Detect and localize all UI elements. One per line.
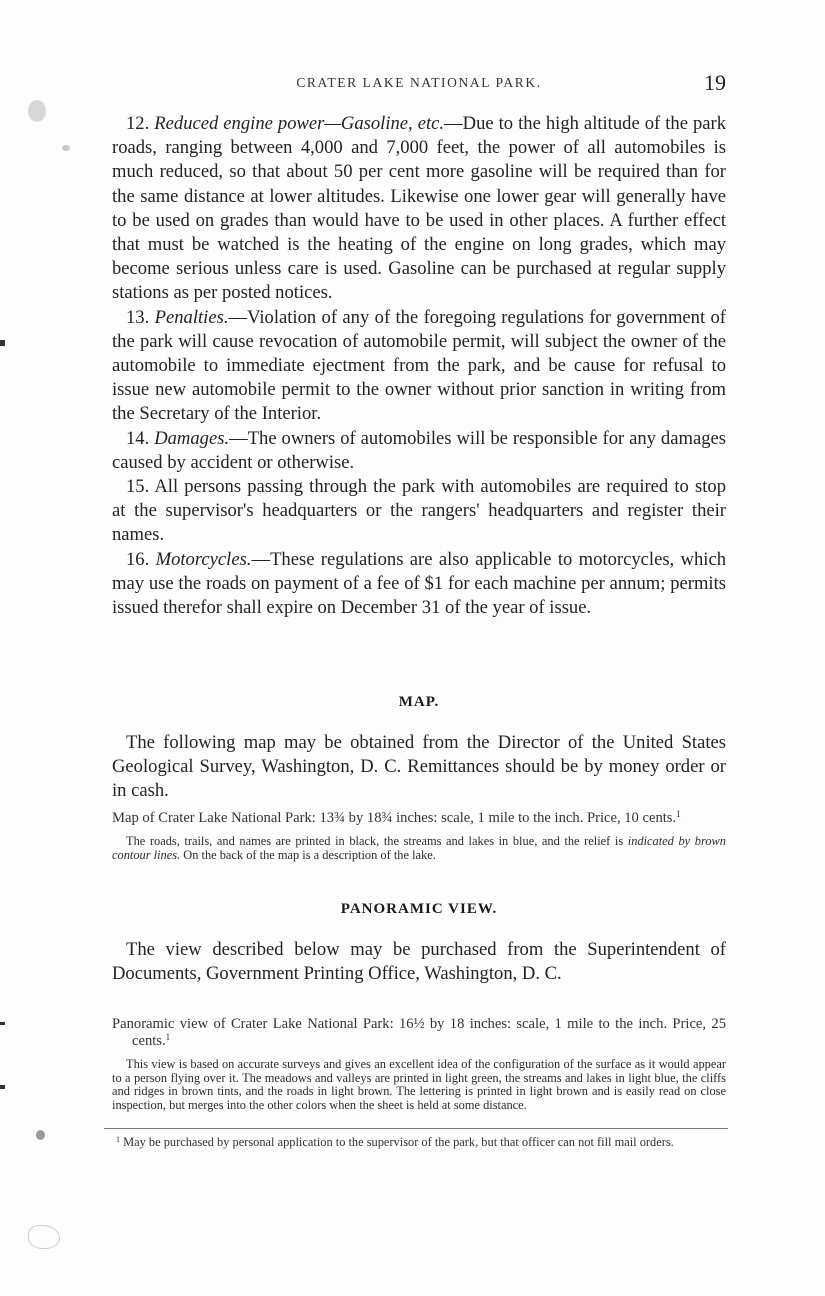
regulation-14: 14. Damages.—The owners of automobiles w… <box>112 427 726 475</box>
scan-edge-mark <box>0 1085 5 1089</box>
panorama-intro-paragraph: The view described below may be purchase… <box>112 938 726 986</box>
regulation-text: —Due to the high altitude of the park ro… <box>112 113 726 303</box>
map-note-text: The roads, trails, and names are printed… <box>126 834 628 848</box>
scan-blemish <box>28 1225 60 1249</box>
regulation-text: All persons passing through the park wit… <box>112 476 726 545</box>
footnote-ref: 1 <box>166 1032 171 1042</box>
regulation-number: 14. <box>126 428 149 449</box>
regulation-13: 13. Penalties.—Violation of any of the f… <box>112 306 726 427</box>
map-note: The roads, trails, and names are printed… <box>112 835 726 862</box>
scan-blemish <box>36 1130 45 1140</box>
regulation-16: 16. Motorcycles.—These regulations are a… <box>112 548 726 621</box>
map-note-tail: On the back of the map is a description … <box>180 848 436 862</box>
panorama-intro: The view described below may be purchase… <box>112 938 726 986</box>
regulation-title: Motorcycles. <box>156 549 252 570</box>
panorama-entry: Panoramic view of Crater Lake National P… <box>112 1016 726 1050</box>
footnote: 1 May be purchased by personal applicati… <box>104 1135 728 1150</box>
running-title: CRATER LAKE NATIONAL PARK. <box>112 75 726 91</box>
map-intro: The following map may be obtained from t… <box>112 731 726 804</box>
footnote-text: May be purchased by personal application… <box>123 1135 674 1149</box>
panorama-listing: Panoramic view of Crater Lake National P… <box>112 1016 726 1112</box>
footnote-ref: 1 <box>676 809 681 819</box>
regulations-section: 12. Reduced engine power—Gasoline, etc.—… <box>112 112 726 620</box>
regulation-15: 15. All persons passing through the park… <box>112 475 726 548</box>
scan-blemish <box>62 145 70 151</box>
regulation-12: 12. Reduced engine power—Gasoline, etc.—… <box>112 112 726 306</box>
regulation-number: 13. <box>126 307 149 328</box>
section-heading-map: MAP. <box>112 694 726 711</box>
map-intro-paragraph: The following map may be obtained from t… <box>112 731 726 804</box>
map-entry: Map of Crater Lake National Park: 13¾ by… <box>112 810 726 827</box>
footnote-paragraph: 1 May be purchased by personal applicati… <box>104 1135 728 1150</box>
page-number: 19 <box>704 70 726 96</box>
document-page: CRATER LAKE NATIONAL PARK. 19 12. Reduce… <box>0 0 825 1296</box>
section-heading-panoramic-view: PANORAMIC VIEW. <box>112 901 726 918</box>
running-head: CRATER LAKE NATIONAL PARK. 19 <box>112 70 726 96</box>
panorama-entry-text: Panoramic view of Crater Lake National P… <box>112 1016 726 1049</box>
regulation-title: Reduced engine power—Gasoline, etc. <box>154 113 444 134</box>
regulation-title: Damages. <box>154 428 229 449</box>
panorama-note: This view is based on accurate surveys a… <box>112 1058 726 1112</box>
regulation-number: 12. <box>126 113 149 134</box>
scan-blemish <box>28 100 46 122</box>
scan-edge-mark <box>0 1022 5 1025</box>
map-listing: Map of Crater Lake National Park: 13¾ by… <box>112 810 726 862</box>
regulation-number: 16. <box>126 549 149 570</box>
scan-edge-mark <box>0 340 5 346</box>
regulation-number: 15. <box>126 476 149 497</box>
footnote-divider <box>104 1128 728 1129</box>
footnote-marker: 1 <box>116 1135 120 1144</box>
regulation-title: Penalties. <box>155 307 229 328</box>
map-entry-text: Map of Crater Lake National Park: 13¾ by… <box>112 810 676 826</box>
